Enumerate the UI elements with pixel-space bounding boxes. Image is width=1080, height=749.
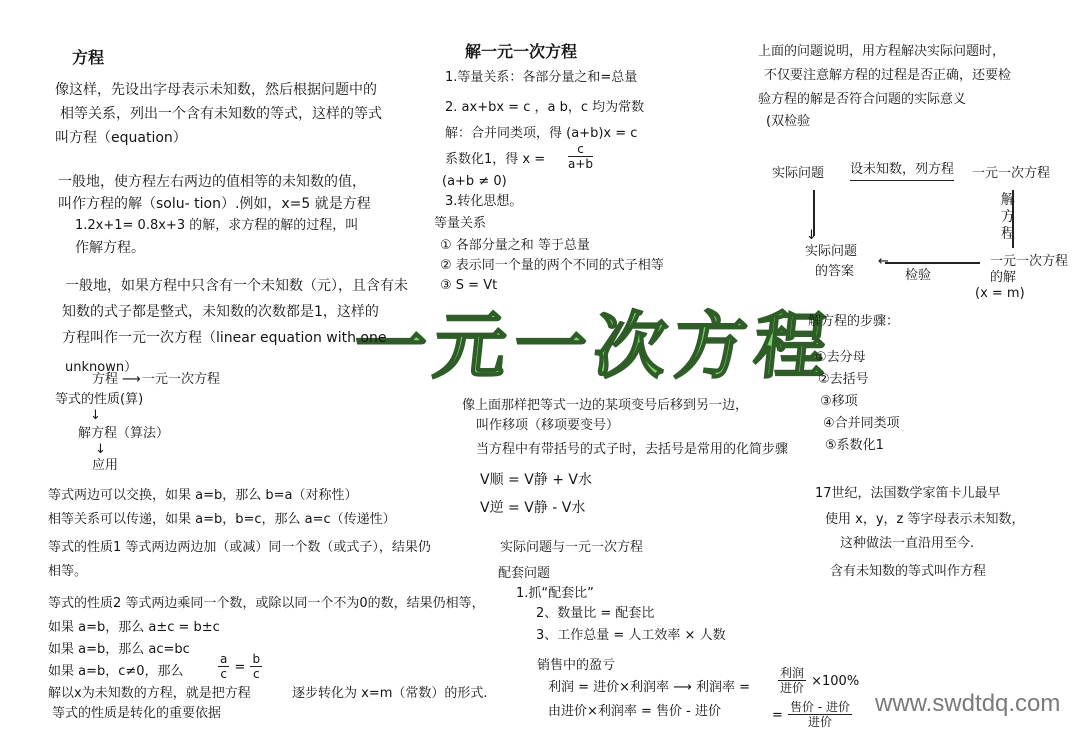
fraction-profit-over-cost: 利润进价 ×100% [778,666,859,695]
transpose-line: 像上面那样把等式一边的某项变号后移到另一边， [462,396,748,416]
step-item: ③移项 [820,392,858,412]
history-line: 17世纪，法国数学家笛卡儿最早 [815,484,1001,504]
step-item: ④合并同类项 [823,414,900,434]
fraction-a-over-c: ac = bc [218,652,262,681]
def-equation-line: 叫方程（equation） [55,128,187,148]
solve-line: 系数化1，得 x = [445,150,545,170]
diagram-linear-equation: 一元一次方程 [972,164,1050,184]
property-line: 如果 a=b，c≠0，那么 [48,662,184,682]
property-line: 相等关系可以传递，如果 a=b，b=c，那么 a=c（传递性） [48,510,396,530]
def-equation-line: 像这样，先设出字母表示未知数，然后根据问题中的 [55,80,377,100]
solve-line: 2. ax+bx = c ，a b，c 均为常数 [445,98,644,118]
def-linear-line: 知数的式子都是整式，未知数的次数都是1，这样的 [62,302,379,322]
def-solution-line: 一般地，使方程左右两边的值相等的未知数的值， [58,172,366,192]
property-line: 解以x为未知数的方程，就是把方程 [48,684,251,704]
def-linear-line: 一般地，如果方程中只含有一个未知数（元），且含有未 [65,276,408,296]
speed-upstream: V逆 = V静 - V水 [480,498,585,518]
flow-linear-equation: 一元一次方程 [142,370,220,390]
apps-heading: 实际问题与一元一次方程 [500,538,643,558]
main-title: 一元一次方程 [350,288,841,392]
step-item: ⑤系数化1 [825,436,884,456]
speed-downstream: V顺 = V静 + V水 [480,470,592,490]
relation-item: ② 表示同一个量的两个不同的式子相等 [440,256,664,276]
check-note-line: 上面的问题说明，用方程解决实际问题时， [758,42,1005,62]
flow-application: 应用 [92,456,118,476]
match-item: 3、工作总量 = 人工效率 × 人数 [536,626,726,646]
match-item: 1.抓“配套比” [516,584,594,604]
step-item: ①去分母 [815,348,866,368]
history-line: 这种做法一直沿用至今. [840,534,974,554]
flow-solve-equation: 解方程（算法） [78,424,169,444]
property-line: 等式的性质2 等式两边乘同一个数，或除以同一个不为0的数，结果仍相等， [48,594,485,614]
diagram-set-unknown-label: 设未知数，列方程 [850,160,954,181]
property-line: 等式的性质是转化的重要依据 [52,704,221,724]
check-note-line: 验方程的解是否符合问题的实际意义 [758,90,966,110]
property-line: 如果 a=b，那么 ac=bc [48,640,190,660]
fraction-c-over-ab: ca+b [568,142,593,171]
history-line: 使用 x，y，z 等字母表示未知数， [825,510,1024,530]
transform-note: 逐步转化为 x=m（常数）的形式. [292,684,488,704]
flow-equation: 方程 [92,370,118,390]
transpose-line: 当方程中有带括号的式子时，去括号是常用的化简步骤 [476,440,788,460]
def-solution-line: 作解方程。 [75,238,145,258]
watermark: www.swdtdq.com [875,690,1060,718]
def-equation-line: 相等关系，列出一个含有未知数的等式，这样的等式 [60,104,382,124]
relations-heading: 等量关系 [434,214,486,234]
step-item: ②去括号 [818,370,869,390]
property-line: 如果 a=b，那么 a±c = b±c [48,618,220,638]
down-arrow-icon [1012,190,1014,248]
heading-equation: 方程 [72,48,104,68]
relation-item: ③ S = Vt [440,276,497,296]
property-line: 等式的性质1 等式两边两边加（或减）同一个数（或式子），结果仍 [48,538,431,558]
diagram-answer: 实际问题 [805,242,857,262]
sales-line: 利润 = 进价×利润率 ⟶ 利润率 = [548,678,750,698]
diagram-answer: 的答案 [815,262,854,282]
diagram-real-problem: 实际问题 [772,164,824,184]
diagram-check-label: 检验 [905,266,931,286]
def-linear-line: 方程叫作一元一次方程（linear equation with one [62,328,386,348]
property-line: 等式两边可以交换，如果 a=b，那么 b=a（对称性） [48,486,358,506]
check-note-line: 不仅要注意解方程的过程是否正确，还要检 [764,66,1011,86]
solve-line: 3.转化思想。 [445,192,522,212]
match-heading: 配套问题 [498,564,550,584]
arrow-head-icon: ← [878,252,889,272]
def-solution-line: 1.2x+1= 0.8x+3 的解，求方程的解的过程，叫 [75,216,358,236]
sales-heading: 销售中的盈亏 [537,656,615,676]
diagram-solution: (x = m) [975,284,1025,304]
transpose-line: 叫作移项（移项要变号） [476,416,619,436]
down-arrow-icon: ↓ [90,406,101,426]
sales-line: 由进价×利润率 = 售价 - 进价 [548,702,721,722]
fraction-price-minus-cost: = 售价 - 进价进价 [772,700,852,729]
solve-line: 解：合并同类项，得 (a+b)x = c [445,124,637,144]
check-note-line: (双检验 [766,112,810,132]
left-arrow-icon [885,262,980,264]
def-solution-line: 叫作方程的解（solu- tion）.例如，x=5 就是方程 [58,194,371,214]
steps-heading: 解方程的步骤： [808,312,899,332]
flow-arrow-icon: ⟶ [122,370,141,390]
relation-item: ① 各部分量之和 等于总量 [440,236,590,256]
heading-solve-linear: 解一元一次方程 [465,42,577,62]
property-line: 相等。 [48,562,87,582]
history-line: 含有未知数的等式叫作方程 [830,562,986,582]
match-item: 2、数量比 = 配套比 [536,604,654,624]
solve-line: (a+b ≠ 0) [442,172,507,192]
solve-line: 1.等量关系：各部分量之和=总量 [445,68,637,88]
